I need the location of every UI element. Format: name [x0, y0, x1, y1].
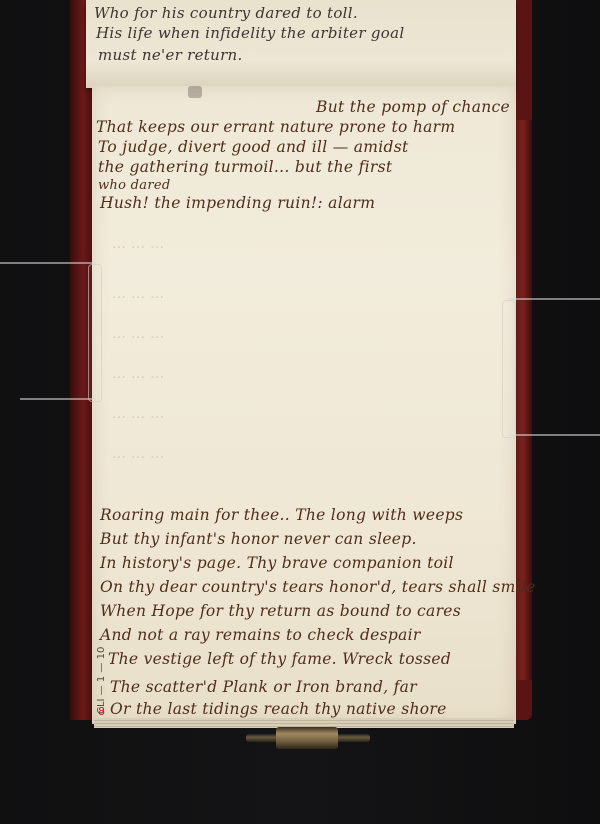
show-through-text: … … …: [112, 286, 164, 302]
handwriting-line: To judge, divert good and ill — amidst: [98, 138, 409, 156]
handwriting-line: When Hope for thy return as bound to car…: [100, 602, 461, 620]
handwriting-line: On thy dear country's tears honor'd, tea…: [100, 578, 536, 596]
show-through-text: … … …: [112, 446, 164, 462]
mount-strip: [20, 398, 96, 400]
handwriting-line: Hush! the impending ruin!: alarm: [100, 194, 375, 212]
clasp-plate: [276, 727, 338, 749]
handwriting-line: Who for his country dared to toll.: [94, 4, 358, 22]
show-through-text: … … …: [112, 406, 164, 422]
mount-strip: [508, 434, 600, 436]
show-through-text: … … …: [112, 236, 164, 252]
handwriting-line: But thy infant's honor never can sleep.: [100, 530, 417, 548]
mount-strip: [508, 298, 600, 300]
handwriting-line: And not a ray remains to check despair: [100, 626, 421, 644]
handwriting-line: Or the last tidings reach thy native sho…: [110, 700, 447, 718]
notebook-page: But the pomp of chance That keeps our er…: [92, 86, 516, 724]
handwriting-line: But the pomp of chance: [316, 98, 510, 116]
handwriting-line: must ne'er return.: [98, 46, 243, 64]
mounting-strip-right: [500, 296, 600, 442]
handwriting-line: That keeps our errant nature prone to ha…: [96, 118, 455, 136]
handwriting-line: who dared: [98, 178, 170, 193]
handwriting-line: The vestige left of thy fame. Wreck toss…: [108, 650, 451, 668]
show-through-text: … … …: [112, 366, 164, 382]
handwriting-line: Roaring main for thee.. The long with we…: [100, 506, 463, 524]
handwriting-line: In history's page. Thy brave companion t…: [100, 554, 454, 572]
mount-tab: [502, 300, 516, 438]
show-through-text: … … …: [112, 326, 164, 342]
notebook-clasp: [246, 727, 370, 749]
handwriting-line: The scatter'd Plank or Iron brand, far: [110, 678, 417, 696]
handwriting-line: His life when infidelity the arbiter goa…: [96, 24, 404, 42]
handwriting-line: the gathering turmoil... but the first: [98, 158, 392, 176]
mount-strip: [0, 262, 96, 264]
ink-smudge: [188, 86, 202, 98]
folded-top-page: Who for his country dared to toll. His l…: [86, 0, 516, 88]
mounting-strip-left: [0, 258, 100, 406]
mount-tab: [88, 264, 102, 402]
red-margin-mark: 8: [98, 705, 105, 718]
